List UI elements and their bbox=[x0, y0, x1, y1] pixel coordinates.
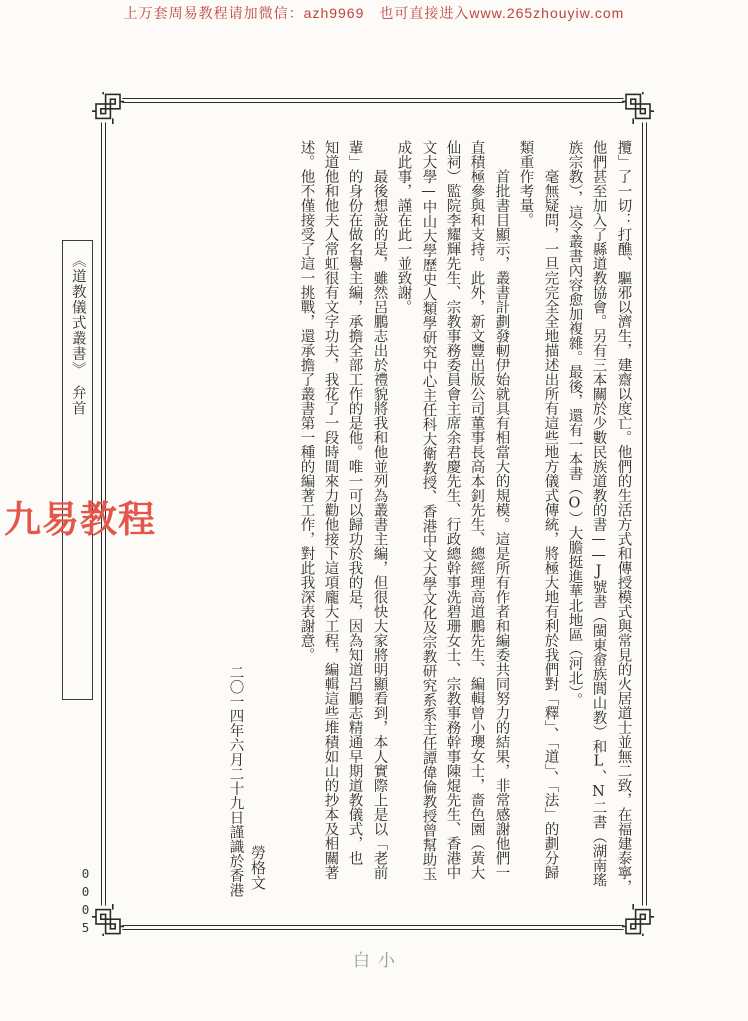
running-title-box: 《道教儀式叢書》 弁首 bbox=[62, 240, 93, 700]
text-column-3: 族宗教），這令叢書內容愈加複雜。最後，還有一本書（O）大膽挺進華北地區（河北）。 bbox=[567, 140, 582, 707]
text-column-1: 攬」了一切：打醮、驅邪以濟生，建齋以度亡。他們的生活方式和傳授模式與常見的火居道… bbox=[616, 140, 631, 894]
corner-knot-ornament-top-left bbox=[92, 92, 124, 124]
text-column-13: 知道他和他夫人常虹很有文字功夫，我花了一段時間來力勸他接下這項龐大工程，編輯這些… bbox=[323, 140, 338, 880]
corner-knot-ornament-bottom-left bbox=[92, 904, 124, 936]
text-column-14: 述。他不僅接受了這一挑戰，還承擔了叢書第一種的編著工作，對此我深表謝意。 bbox=[299, 140, 314, 662]
text-column-12: 輩」的身份在做名譽主編，承擔全部工作的是他。唯一可以歸功於我的是，因為知道呂鵬志… bbox=[347, 140, 362, 865]
scanned-book-page: 上万套周易教程请加微信：azh9969 也可直接进入www.265zhouyiw… bbox=[0, 0, 748, 1021]
text-column-8: 仙祠）監院李耀輝先生、宗教事務委員會主席余君慶先生、行政總幹事冼碧珊女士、宗教事… bbox=[445, 140, 460, 880]
text-column-2: 他們甚至加入了縣道教協會。另有三本關於少數民族道教的書——J號書（閩東畲族閭山教… bbox=[591, 140, 606, 887]
page-number: 0005 bbox=[62, 866, 91, 938]
text-column-9: 文大學—中山大學歷史人類學研究中心主任科大衛教授、香港中文大學文化及宗教研究系系… bbox=[421, 140, 436, 881]
text-column-4: 毫無疑問，一旦完完全全地描述出所有這些地方儀式傳統，將極大地有利於我們對「釋」、… bbox=[543, 140, 558, 880]
header-ad-text: 上万套周易教程请加微信：azh9969 也可直接进入www.265zhouyiw… bbox=[0, 3, 748, 23]
signature-date: 二〇一四年六月二十九日謹識於香港 bbox=[228, 665, 243, 897]
corner-knot-ornament-top-right bbox=[622, 92, 654, 124]
text-column-11: 最後想說的是，雖然呂鵬志出於禮貌將我和他並列為叢書主編，但很快大家將明顯看到，本… bbox=[372, 140, 387, 880]
running-title: 《道教儀式叢書》 弁首 bbox=[70, 241, 85, 699]
signature-name: 勞格文 bbox=[250, 845, 265, 890]
footer-note: 白小 bbox=[353, 946, 403, 971]
text-column-10: 成此事，謹在此一並致謝。 bbox=[396, 140, 411, 314]
watermark-text: 九易教程 bbox=[4, 489, 156, 543]
text-column-7: 直積極參與和支持。此外，新文豐出版公司董事長高本釗先生、總經理高道鵬先生、編輯曾… bbox=[469, 140, 484, 880]
text-column-5: 類重作考量。 bbox=[518, 140, 533, 227]
corner-knot-ornament-bottom-right bbox=[622, 904, 654, 936]
text-column-6: 首批書目顯示，叢書計劃發軔伊始就具有相當大的規模。這是所有作者和編委共同努力的結… bbox=[494, 140, 509, 880]
